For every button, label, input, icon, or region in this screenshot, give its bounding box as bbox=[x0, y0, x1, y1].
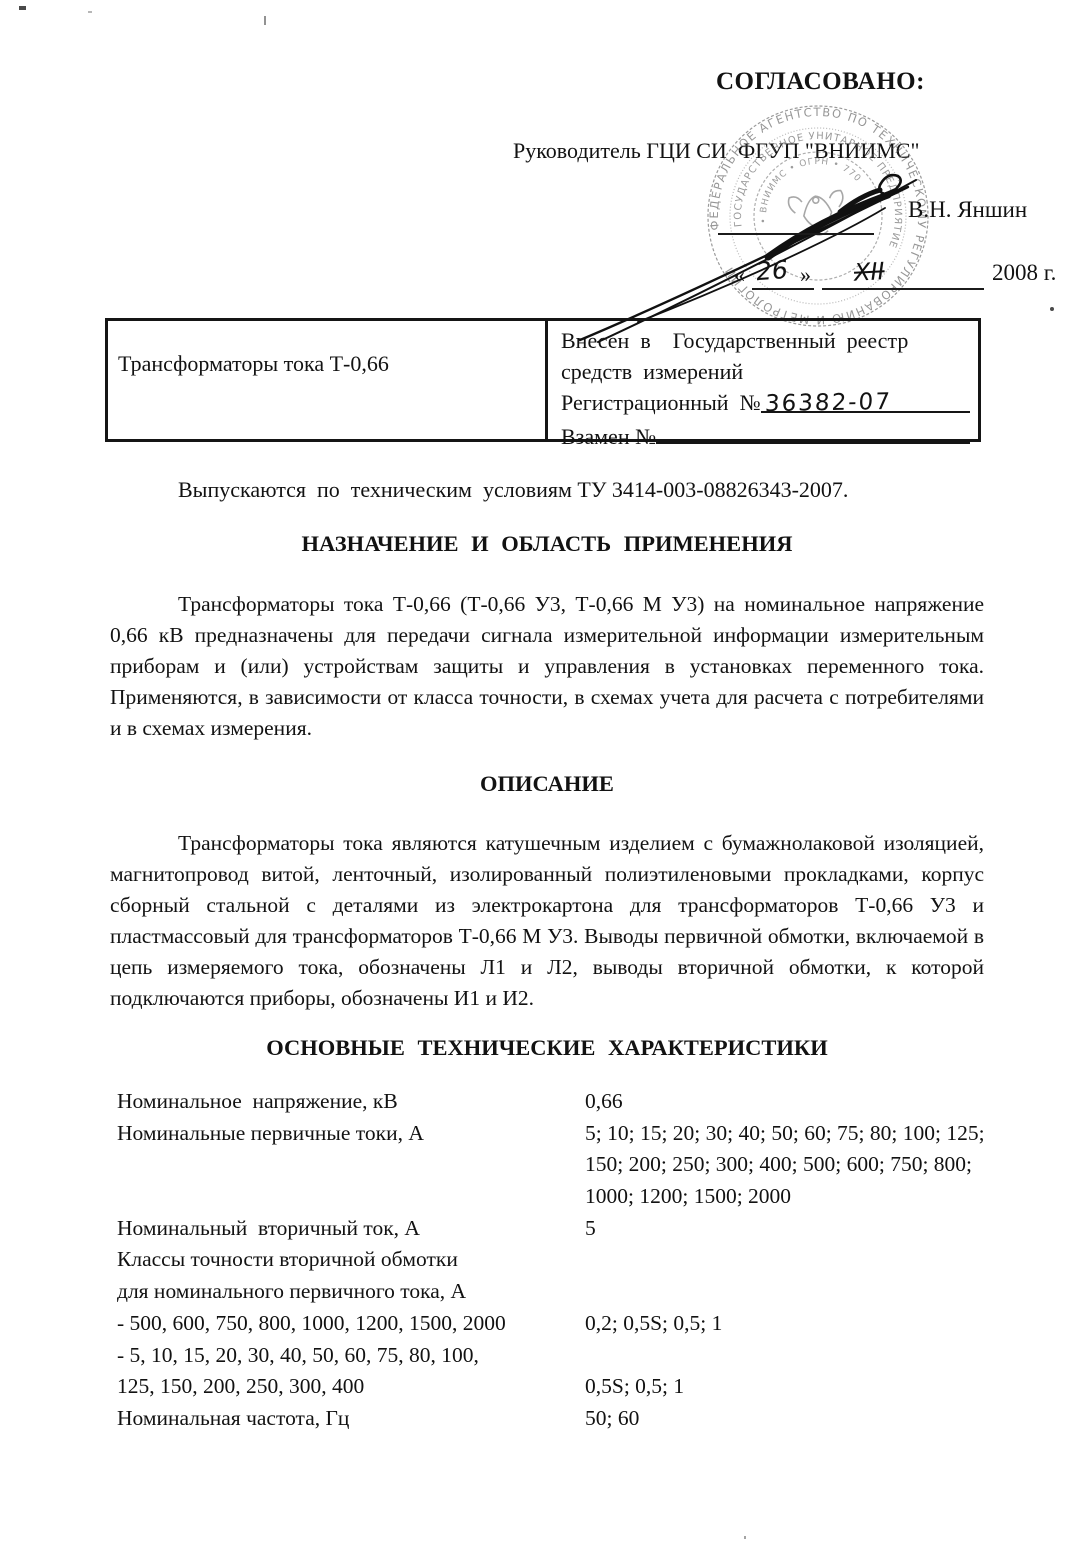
scan-artifact bbox=[264, 16, 266, 25]
spec-value: 50; 60 bbox=[585, 1406, 997, 1431]
spec-row: Номинальные первичные токи, А 5; 10; 15;… bbox=[117, 1121, 997, 1153]
registration-cell: Внесен в Государственный реестр средств … bbox=[548, 321, 978, 439]
registry-entry-line1: Внесен в Государственный реестр bbox=[561, 325, 970, 356]
handwritten-registration-number: 36382-07 bbox=[760, 387, 896, 420]
approver-name: В.Н. Яншин bbox=[908, 197, 1027, 223]
section-heading-purpose: НАЗНАЧЕНИЕ И ОБЛАСТЬ ПРИМЕНЕНИЯ bbox=[110, 531, 984, 557]
scan-artifact bbox=[744, 1536, 746, 1539]
registry-entry-line2: средств измерений bbox=[561, 356, 970, 387]
spec-value: 0,2; 0,5S; 0,5; 1 bbox=[585, 1311, 997, 1336]
section-heading-description: ОПИСАНИЕ bbox=[110, 771, 984, 797]
registration-number-line: Регистрационный № 36382-07 bbox=[561, 387, 970, 418]
spec-label: для номинального первичного тока, А bbox=[117, 1279, 585, 1304]
replaces-number-underline bbox=[656, 418, 970, 444]
spec-row: 1000; 1200; 1500; 2000 bbox=[117, 1184, 997, 1216]
registration-number-underline: 36382-07 bbox=[761, 387, 970, 413]
technical-conditions-line: Выпускаются по техническим условиям ТУ 3… bbox=[110, 477, 984, 503]
spec-value: 0,66 bbox=[585, 1089, 997, 1114]
date-month-underline bbox=[822, 288, 984, 290]
date-close-quote: » bbox=[800, 262, 811, 288]
spec-row: Номинальная частота, Гц 50; 60 bbox=[117, 1406, 997, 1438]
spec-value: 150; 200; 250; 300; 400; 500; 600; 750; … bbox=[585, 1152, 997, 1177]
scan-artifact bbox=[19, 6, 26, 10]
spec-row: - 5, 10, 15, 20, 30, 40, 50, 60, 75, 80,… bbox=[117, 1343, 997, 1375]
spec-value: 5; 10; 15; 20; 30; 40; 50; 60; 75; 80; 1… bbox=[585, 1121, 997, 1146]
spec-value: 5 bbox=[585, 1216, 997, 1241]
spec-row: для номинального первичного тока, А bbox=[117, 1279, 997, 1311]
replaces-number-label: Взамен № bbox=[561, 421, 656, 452]
date-open-quote: « bbox=[734, 262, 745, 288]
spec-row: - 500, 600, 750, 800, 1000, 1200, 1500, … bbox=[117, 1311, 997, 1343]
spec-label: Классы точности вторичной обмотки bbox=[117, 1247, 585, 1272]
scanned-document-page: СОГЛАСОВАНО: Руководитель ГЦИ СИ ФГУП "В… bbox=[0, 0, 1086, 1560]
spec-row: 150; 200; 250; 300; 400; 500; 600; 750; … bbox=[117, 1152, 997, 1184]
spec-row: Классы точности вторичной обмотки bbox=[117, 1247, 997, 1279]
date-year: 2008 г. bbox=[992, 260, 1056, 286]
date-day-underline bbox=[752, 288, 814, 290]
spec-row: Номинальное напряжение, кВ 0,66 bbox=[117, 1089, 997, 1121]
spec-label: Номинальная частота, Гц bbox=[117, 1406, 585, 1431]
product-name-cell: Трансформаторы тока Т-0,66 bbox=[108, 321, 548, 439]
spec-row: Номинальный вторичный ток, А 5 bbox=[117, 1216, 997, 1248]
registration-table: Трансформаторы тока Т-0,66 Внесен в Госу… bbox=[105, 318, 981, 442]
section-body-description: Трансформаторы тока являются катушечным … bbox=[110, 828, 984, 1014]
specs-list: Номинальное напряжение, кВ 0,66 Номиналь… bbox=[117, 1089, 997, 1438]
spec-label: 125, 150, 200, 250, 300, 400 bbox=[117, 1374, 585, 1399]
section-body-purpose: Трансформаторы тока Т-0,66 (Т-0,66 У3, Т… bbox=[110, 589, 984, 744]
signature-line bbox=[718, 233, 874, 235]
spec-label: - 500, 600, 750, 800, 1000, 1200, 1500, … bbox=[117, 1311, 585, 1336]
spec-label: Номинальный вторичный ток, А bbox=[117, 1216, 585, 1241]
scan-artifact bbox=[1050, 307, 1054, 311]
replaces-number-line: Взамен № bbox=[561, 418, 970, 452]
registration-number-label: Регистрационный № bbox=[561, 387, 761, 418]
spec-label: Номинальное напряжение, кВ bbox=[117, 1089, 585, 1114]
spec-value: 1000; 1200; 1500; 2000 bbox=[585, 1184, 997, 1209]
handwritten-day: 26 bbox=[754, 255, 789, 287]
spec-label: - 5, 10, 15, 20, 30, 40, 50, 60, 75, 80,… bbox=[117, 1343, 585, 1368]
spec-row: 125, 150, 200, 250, 300, 400 0,5S; 0,5; … bbox=[117, 1374, 997, 1406]
section-heading-specs: ОСНОВНЫЕ ТЕХНИЧЕСКИЕ ХАРАКТЕРИСТИКИ bbox=[110, 1035, 984, 1061]
scan-artifact bbox=[88, 11, 92, 13]
spec-value: 0,5S; 0,5; 1 bbox=[585, 1374, 997, 1399]
spec-label: Номинальные первичные токи, А bbox=[117, 1121, 585, 1146]
handwritten-month: XII bbox=[853, 257, 885, 287]
